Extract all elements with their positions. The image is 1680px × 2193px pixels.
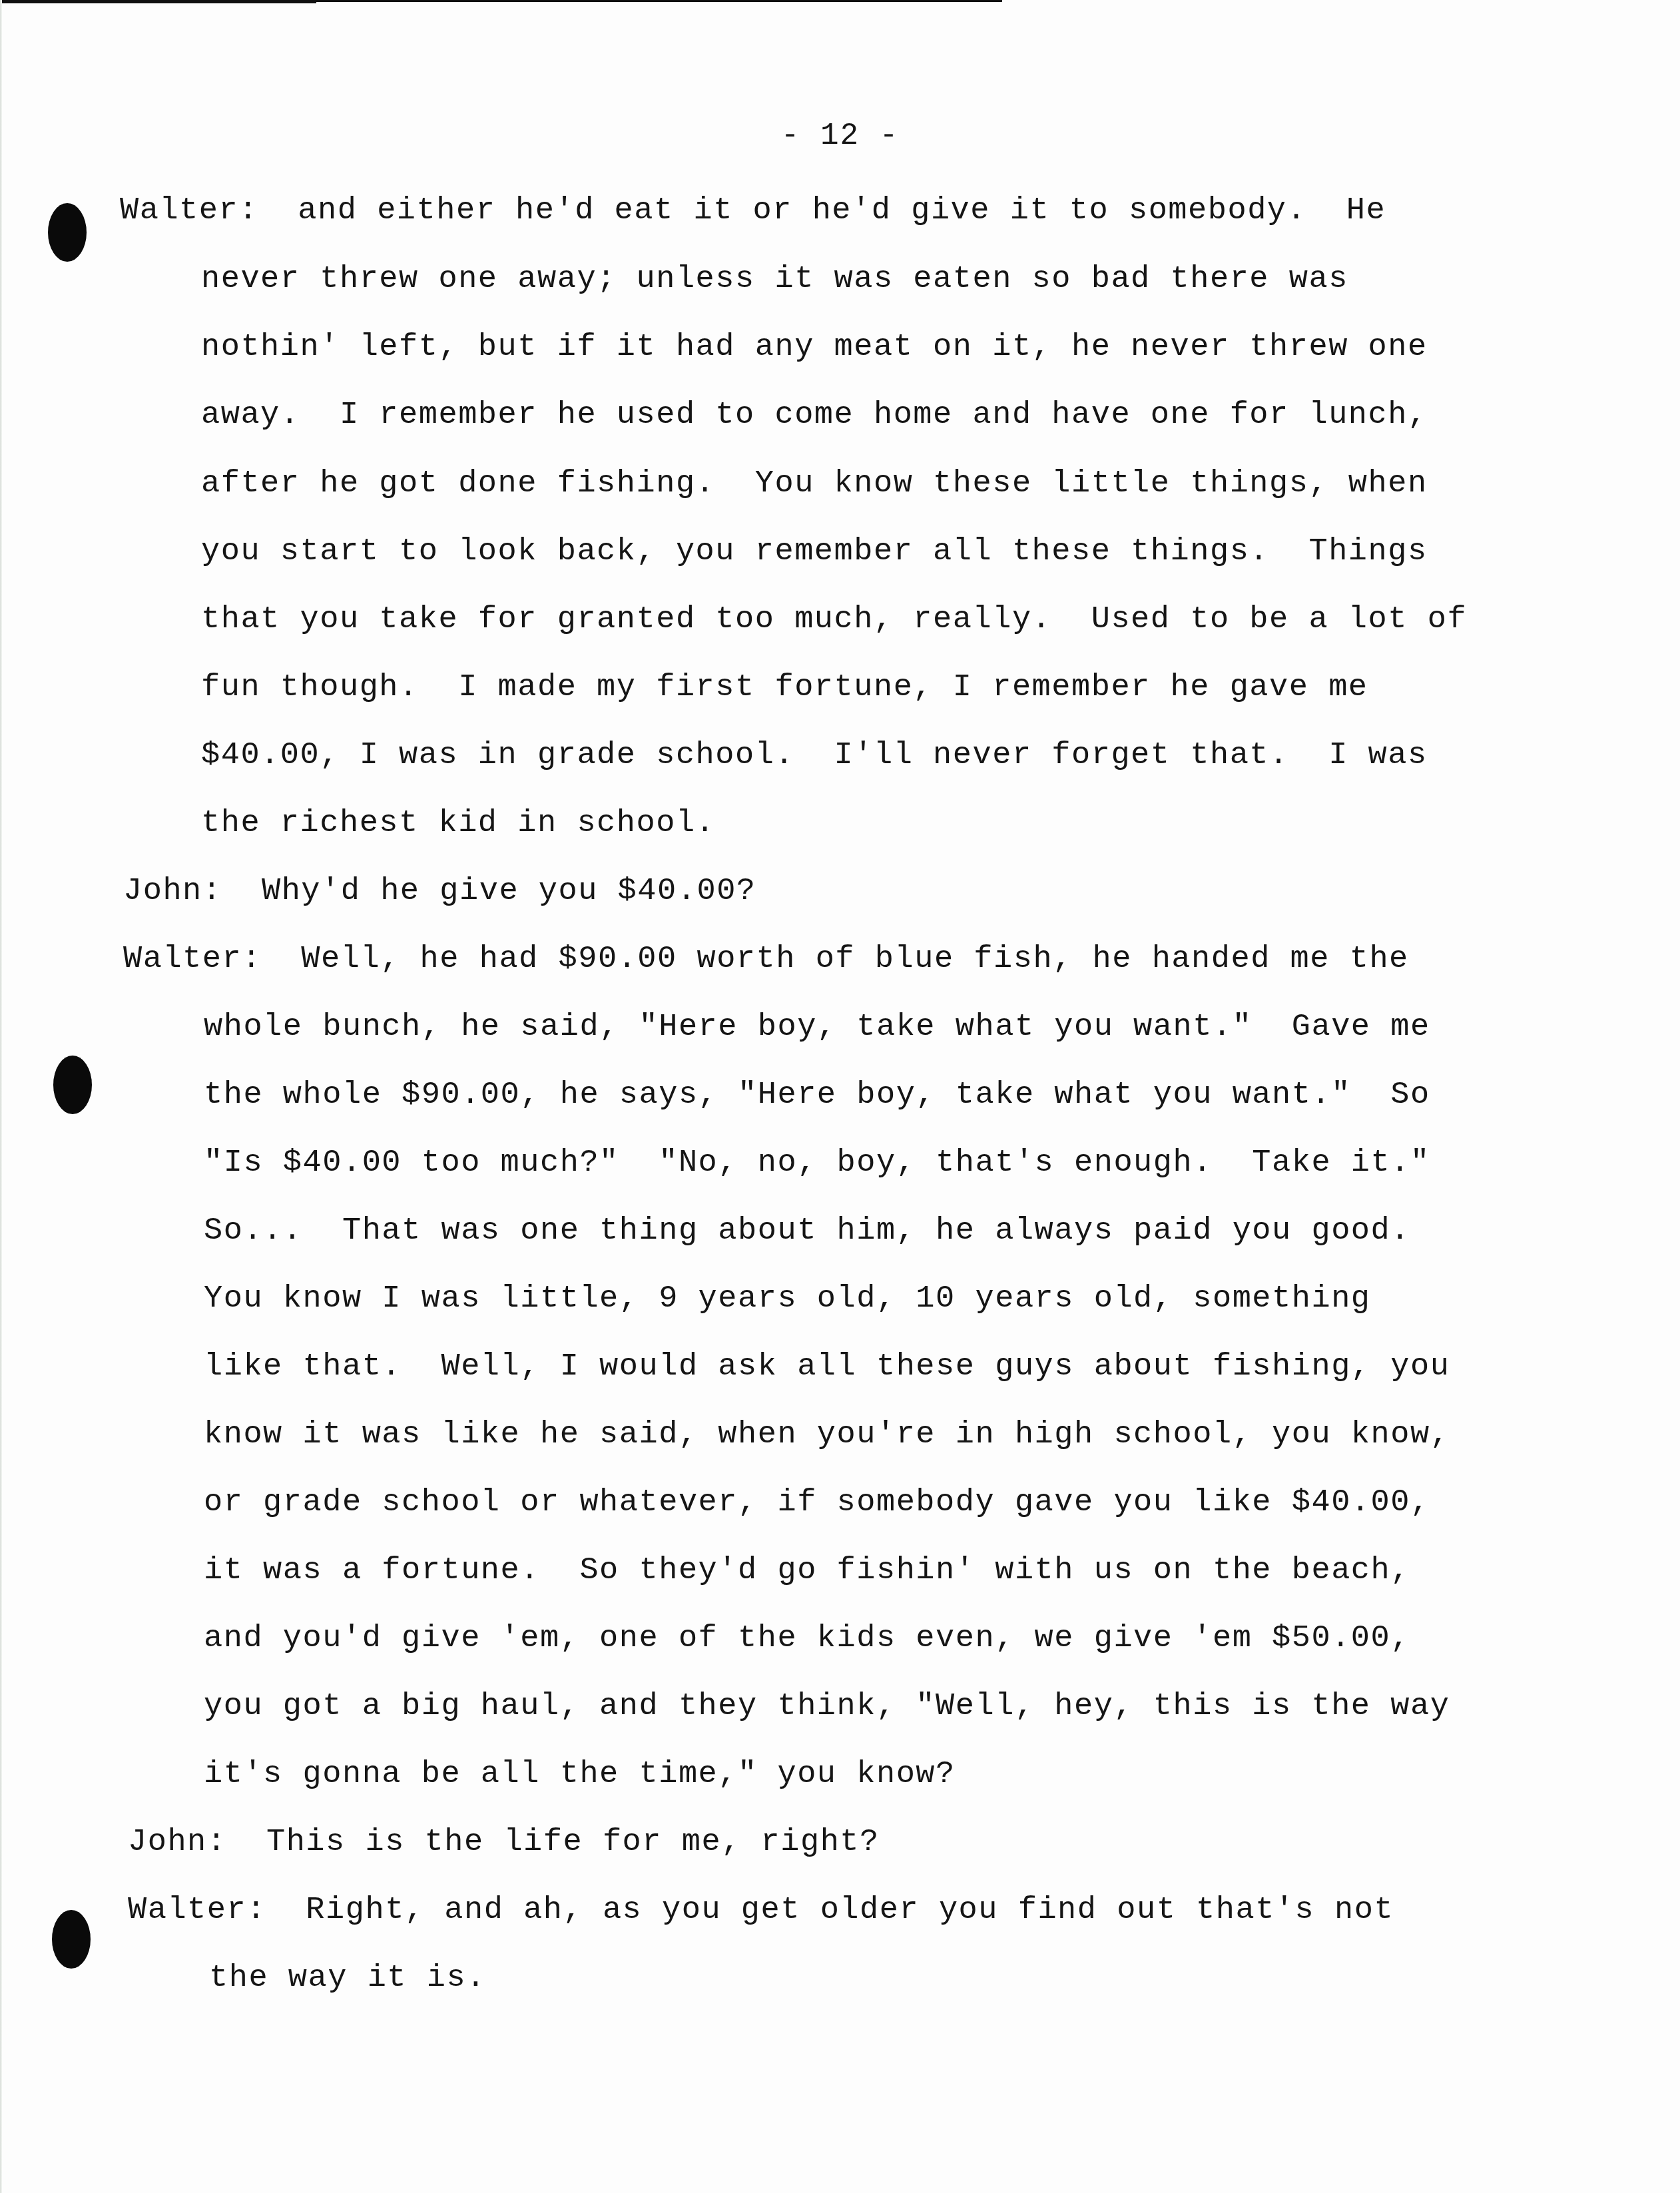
- transcript-line: after he got done fishing. You know thes…: [201, 466, 1428, 501]
- transcript-line: the richest kid in school.: [201, 806, 715, 841]
- transcript-line: So... That was one thing about him, he a…: [204, 1213, 1410, 1249]
- transcript-line: know it was like he said, when you're in…: [204, 1417, 1450, 1452]
- punch-hole-icon: [48, 203, 87, 262]
- speaker-line-walter: Walter: Right, and ah, as you get older …: [128, 1893, 1394, 1928]
- transcript-line: $40.00, I was in grade school. I'll neve…: [201, 738, 1428, 773]
- transcript-line: it's gonna be all the time," you know?: [204, 1757, 956, 1792]
- speaker-line-john: John: Why'd he give you $40.00?: [123, 874, 756, 909]
- transcript-line: you got a big haul, and they think, "Wel…: [204, 1689, 1450, 1724]
- transcript-line: it was a fortune. So they'd go fishin' w…: [204, 1553, 1410, 1588]
- transcript-line: that you take for granted too much, real…: [201, 602, 1467, 637]
- transcript-line: or grade school or whatever, if somebody…: [204, 1485, 1430, 1520]
- scan-edge: [0, 0, 316, 3]
- transcript-line: whole bunch, he said, "Here boy, take wh…: [204, 1010, 1430, 1045]
- transcript-line: you start to look back, you remember all…: [201, 534, 1428, 569]
- page-number: - 12 -: [0, 119, 1680, 153]
- transcript-line: and you'd give 'em, one of the kids even…: [204, 1621, 1410, 1656]
- punch-hole-icon: [52, 1910, 91, 1969]
- transcript-line: fun though. I made my first fortune, I r…: [201, 670, 1368, 705]
- scan-edge: [316, 0, 1002, 2]
- scan-edge: [0, 0, 2, 2193]
- speaker-line-walter: Walter: Well, he had $90.00 worth of blu…: [123, 942, 1409, 977]
- transcript-line: You know I was little, 9 years old, 10 y…: [204, 1281, 1371, 1317]
- transcript-line: the whole $90.00, he says, "Here boy, ta…: [204, 1078, 1430, 1113]
- punch-hole-icon: [53, 1056, 92, 1114]
- transcript-line: nothin' left, but if it had any meat on …: [201, 330, 1428, 365]
- speaker-line-john: John: This is the life for me, right?: [128, 1825, 880, 1860]
- transcript-line: like that. Well, I would ask all these g…: [204, 1349, 1450, 1385]
- transcript-line: the way it is.: [209, 1961, 486, 1996]
- speaker-line-walter: Walter: and either he'd eat it or he'd g…: [120, 193, 1386, 228]
- transcript-line: away. I remember he used to come home an…: [201, 398, 1428, 433]
- transcript-line: never threw one away; unless it was eate…: [201, 262, 1348, 297]
- transcript-line: "Is $40.00 too much?" "No, no, boy, that…: [204, 1145, 1430, 1181]
